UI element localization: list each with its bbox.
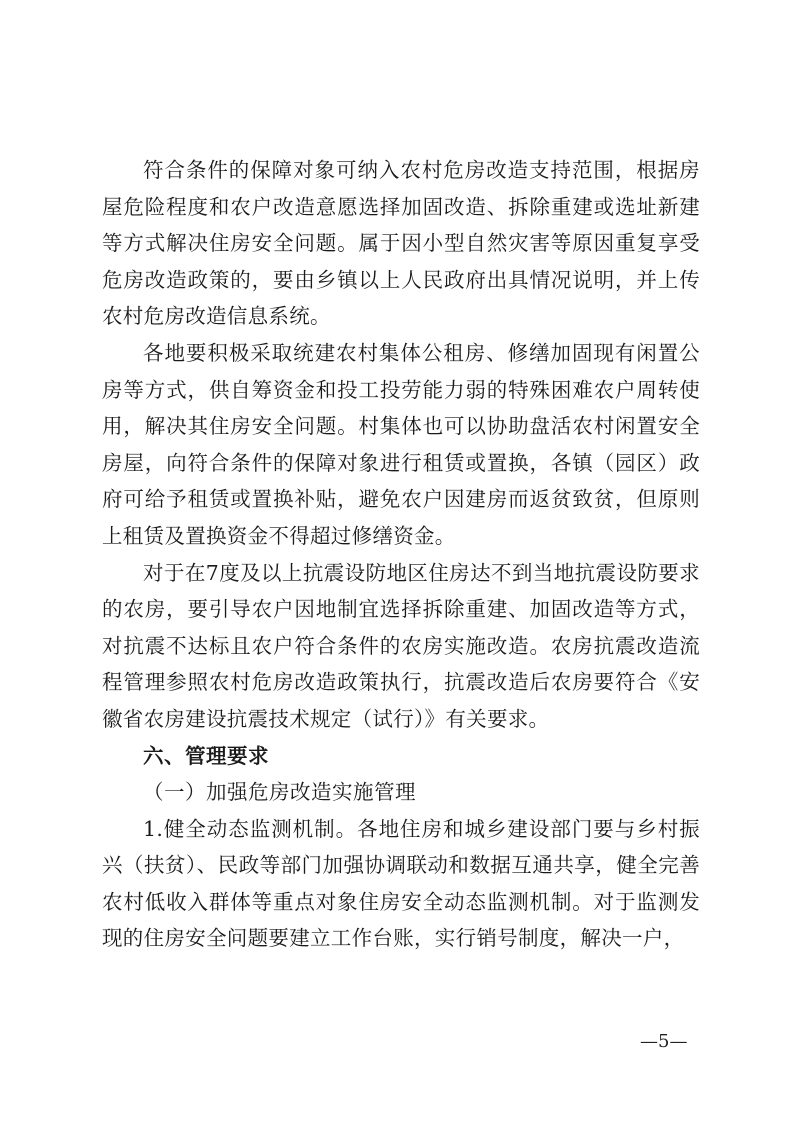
section-heading: 六、管理要求 [102,738,700,775]
paragraph-seismic: 对于在7度及以上抗震设防地区住房达不到当地抗震设防要求的农房，要引导农户因地制宜… [102,555,700,738]
paragraph-public-rental: 各地要积极采取统建农村集体公租房、修缮加固现有闲置公房等方式，供自筹资金和投工投… [102,335,700,555]
document-page: 符合条件的保障对象可纳入农村危房改造支持范围，根据房屋危险程度和农户改造意愿选择… [0,0,793,1122]
paragraph-monitoring: 1.健全动态监测机制。各地住房和城乡建设部门要与乡村振兴（扶贫）、民政等部门加强… [102,811,700,957]
page-number: —5— [640,1031,687,1052]
paragraph-eligibility: 符合条件的保障对象可纳入农村危房改造支持范围，根据房屋危险程度和农户改造意愿选择… [102,152,700,335]
document-body: 符合条件的保障对象可纳入农村危房改造支持范围，根据房屋危险程度和农户改造意愿选择… [102,152,700,957]
subsection-heading: （一）加强危房改造实施管理 [102,774,700,811]
